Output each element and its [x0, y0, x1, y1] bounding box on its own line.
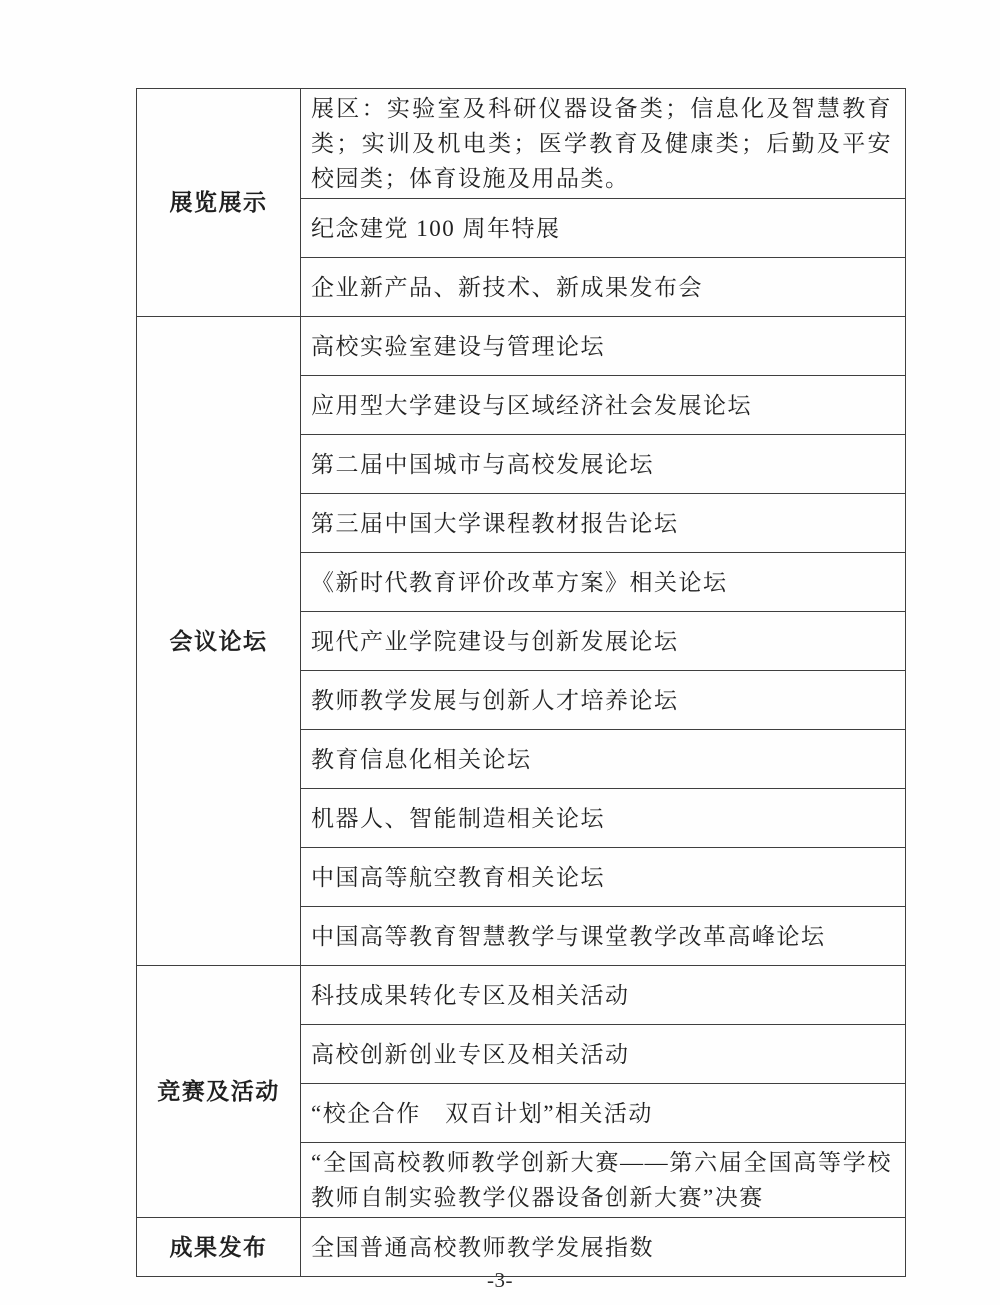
event-schedule-table: 展览展示展区：实验室及科研仪器设备类；信息化及智慧教育类；实训及机电类；医学教育… — [136, 88, 906, 1277]
item-cell: 纪念建党 100 周年特展 — [301, 199, 906, 258]
item-cell: 《新时代教育评价改革方案》相关论坛 — [301, 553, 906, 612]
table-row: 竞赛及活动科技成果转化专区及相关活动 — [137, 966, 906, 1025]
page-number: -3- — [0, 1268, 1000, 1293]
item-cell: “校企合作 双百计划”相关活动 — [301, 1084, 906, 1143]
table-row: 展览展示展区：实验室及科研仪器设备类；信息化及智慧教育类；实训及机电类；医学教育… — [137, 89, 906, 199]
item-cell: 现代产业学院建设与创新发展论坛 — [301, 612, 906, 671]
item-cell: “全国高校教师教学创新大赛——第六届全国高等学校教师自制实验教学仪器设备创新大赛… — [301, 1143, 906, 1218]
item-cell: 企业新产品、新技术、新成果发布会 — [301, 258, 906, 317]
item-cell: 应用型大学建设与区域经济社会发展论坛 — [301, 376, 906, 435]
item-cell: 高校创新创业专区及相关活动 — [301, 1025, 906, 1084]
category-cell: 竞赛及活动 — [137, 966, 301, 1218]
category-cell: 会议论坛 — [137, 317, 301, 966]
schedule-table-body: 展览展示展区：实验室及科研仪器设备类；信息化及智慧教育类；实训及机电类；医学教育… — [137, 89, 906, 1277]
category-cell: 展览展示 — [137, 89, 301, 317]
table-row: 会议论坛高校实验室建设与管理论坛 — [137, 317, 906, 376]
item-cell: 机器人、智能制造相关论坛 — [301, 789, 906, 848]
item-cell: 中国高等教育智慧教学与课堂教学改革高峰论坛 — [301, 907, 906, 966]
item-cell: 第三届中国大学课程教材报告论坛 — [301, 494, 906, 553]
item-cell: 展区：实验室及科研仪器设备类；信息化及智慧教育类；实训及机电类；医学教育及健康类… — [301, 89, 906, 199]
item-cell: 高校实验室建设与管理论坛 — [301, 317, 906, 376]
item-cell: 中国高等航空教育相关论坛 — [301, 848, 906, 907]
item-cell: 教师教学发展与创新人才培养论坛 — [301, 671, 906, 730]
item-cell: 第二届中国城市与高校发展论坛 — [301, 435, 906, 494]
item-cell: 教育信息化相关论坛 — [301, 730, 906, 789]
item-cell: 科技成果转化专区及相关活动 — [301, 966, 906, 1025]
